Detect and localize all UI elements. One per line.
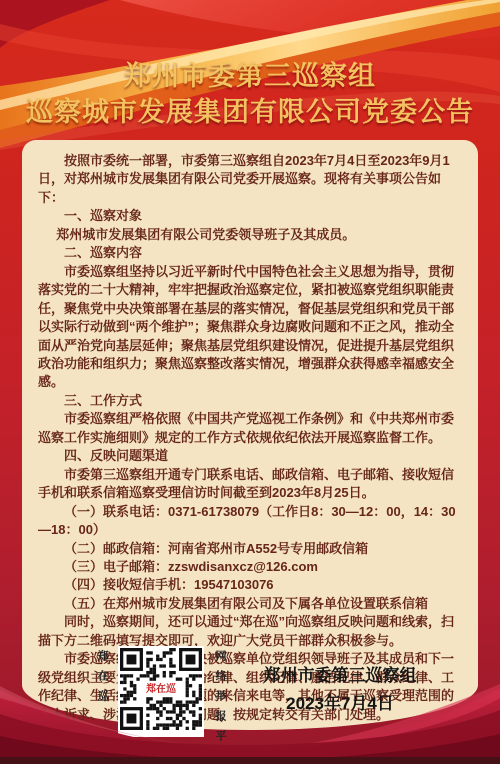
signature-block: 郑州市委第三巡察组 2023年7月4日	[220, 662, 460, 718]
item-email: （三）电子邮箱：zzswdisanxcz@126.com	[38, 558, 462, 576]
heading-section-4: 四、反映问题渠道	[38, 447, 462, 465]
item-sms: （四）接收短信手机：19547103076	[38, 576, 462, 594]
qr-code: 郑在巡	[118, 646, 204, 737]
item-mailbox: （五）在郑州城市发展集团有限公司及下属各单位设置联系信箱	[38, 595, 462, 613]
heading-section-2: 二、巡察内容	[38, 244, 462, 262]
item-postbox: （二）邮政信箱：河南省郑州市A552号专用邮政信箱	[38, 540, 462, 558]
title-line-2: 巡察城市发展集团有限公司党委公告	[0, 94, 500, 130]
qr-left-label: 郑在巡	[95, 650, 109, 710]
paragraph-scope: 市委巡察组坚持以习近平新时代中国特色社会主义思想为指导，贯彻落实党的二十大精神，…	[38, 263, 462, 392]
signature-date: 2023年7月4日	[220, 690, 460, 718]
qr-center-logo: 郑在巡	[145, 682, 177, 695]
announcement-poster: 郑州市委第三巡察组 巡察城市发展集团有限公司党委公告 按照市委统一部署，市委第三…	[0, 0, 500, 764]
paragraph-channels: 市委第三巡察组开通专门联系电话、邮政信箱、电子邮箱、接收短信手机和联系信箱巡察受…	[38, 466, 462, 503]
poster-title: 郑州市委第三巡察组 巡察城市发展集团有限公司党委公告	[0, 58, 500, 130]
paragraph-method: 市委巡察组严格依照《中国共产党巡视工作条例》和《中共郑州市委巡察工作实施细则》规…	[38, 410, 462, 447]
item-phone: （一）联系电话：0371-61738079（工作日8：30—12：00，14：3…	[38, 503, 462, 540]
qr-block: 郑在巡 郑在巡 网络举报平台	[95, 646, 227, 764]
heading-section-3: 三、工作方式	[38, 392, 462, 410]
paragraph-intro: 按照市委统一部署，市委第三巡察组自2023年7月4日至2023年9月1日，对郑州…	[38, 152, 462, 207]
heading-section-1: 一、巡察对象	[38, 207, 462, 225]
paragraph-target: 郑州城市发展集团有限公司党委领导班子及其成员。	[38, 226, 462, 244]
signature-org: 郑州市委第三巡察组	[220, 662, 460, 690]
announcement-panel: 按照市委统一部署，市委第三巡察组自2023年7月4日至2023年9月1日，对郑州…	[22, 140, 478, 730]
title-line-1: 郑州市委第三巡察组	[0, 58, 500, 94]
paragraph-qr-notice: 同时，巡察期间，还可以通过“郑在巡”向巡察组反映问题和线索，扫描下方二维码填写提…	[38, 613, 462, 650]
